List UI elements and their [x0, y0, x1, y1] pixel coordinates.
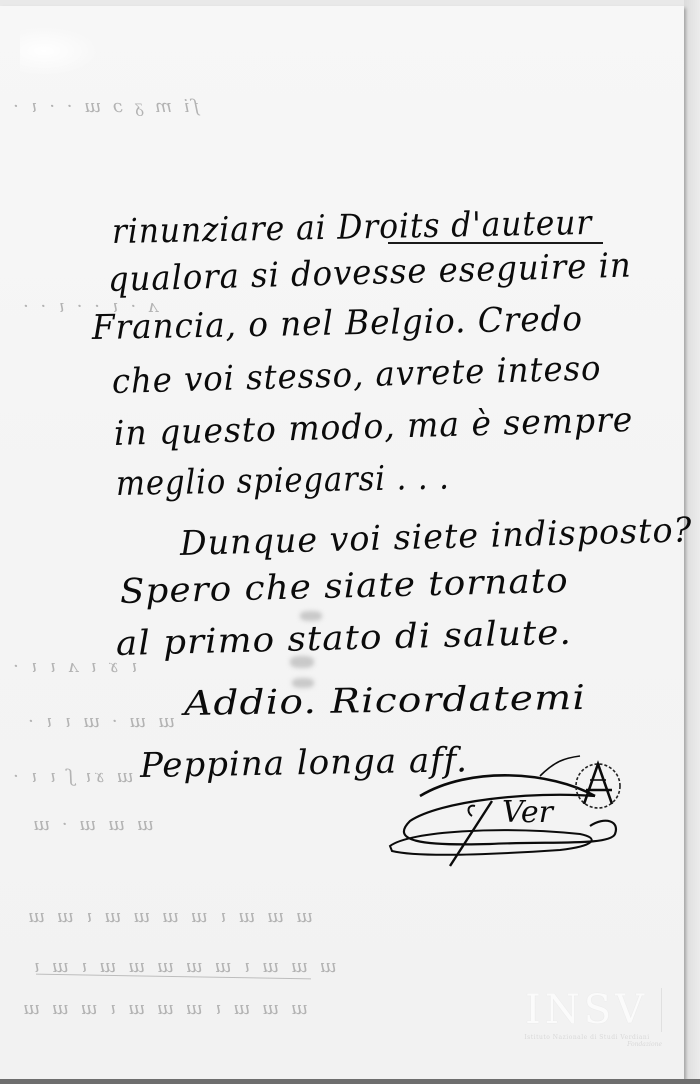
letter-text: che voi stesso, avrete inteso: [112, 349, 602, 402]
watermark-subtitle: Istituto Nazionale di Studi Verdiani: [512, 1034, 662, 1041]
watermark-subtitle-2: Fondazione: [512, 1041, 662, 1048]
letter-line-4: che voi stesso, avrete inteso: [112, 349, 602, 402]
watermark-logo: INSV: [512, 988, 662, 1032]
letter-text: meglio spiegarsi . . .: [116, 458, 450, 504]
scan-bottom-edge: [0, 1079, 700, 1084]
letter-text: Spero che siate tornato: [119, 561, 569, 612]
bleed-through-text: ɯ ɯ ɯ ɩ ɯ ɯ ɯ ɯ ɩ ɯ ɯ: [25, 906, 313, 927]
letter-text: rinunziare ai Droits d'auteur: [112, 203, 593, 252]
letter-line-5: in questo modo, ma è sempre: [113, 400, 633, 454]
letter-line-6: meglio spiegarsi . . .: [116, 458, 450, 504]
letter-line-10: Addio. Ricordatemi: [184, 678, 587, 724]
letter-line-2: qualora si dovesse eseguire in: [108, 246, 633, 300]
letter-line-1: rinunziare ai Droits d'auteur: [112, 203, 593, 252]
letter-text: Dunque voi siete indisposto?: [179, 510, 692, 564]
letter-line-9: al primo stato di salute.: [115, 613, 572, 664]
letter-text: al primo stato di salute.: [115, 613, 572, 664]
letter-text: Francia, o nel Belgio. Credo: [92, 299, 584, 348]
letter-text: Addio. Ricordatemi: [184, 678, 587, 724]
letter-page: ſi m ᵹ ͻ ɯ · · ɩ · ᴧ · ɩ · · ɩ · · ɩ ɤ ɩ…: [0, 6, 684, 1079]
underline-droits-dauteur: [388, 242, 603, 244]
letter-line-3: Francia, o nel Belgio. Credo: [92, 299, 584, 348]
letter-line-7: Dunque voi siete indisposto?: [179, 510, 692, 564]
monogram-stamp-icon: [576, 764, 620, 808]
bleed-through-text: ɯ ɯ ɯ ɩ ɯ ɯ ɯ ɩ ɯ ɯ ɯ: [20, 998, 308, 1019]
letter-text: qualora si dovesse eseguire in: [108, 246, 633, 300]
letter-line-8: Spero che siate tornato: [119, 561, 569, 612]
letter-text: in questo modo, ma è sempre: [113, 400, 633, 454]
insv-watermark: INSV Istituto Nazionale di Studi Verdian…: [512, 988, 662, 1050]
paper-crease: [20, 26, 100, 76]
bleed-through-text: ɯ ɯ ɯ · ɯ: [30, 814, 154, 835]
bleed-through-text: ɯ ɤɩ ʃ ɩ ɩ ·: [10, 766, 134, 787]
bleed-through-text: ɯ ɯ · ɯ ɩ ɩ ·: [25, 711, 175, 732]
signature-verdi: Ver: [380, 746, 640, 876]
signature-text: Ver: [502, 795, 555, 830]
bleed-through-text: ſi m ᵹ ͻ ɯ · · ɩ ·: [10, 96, 199, 117]
